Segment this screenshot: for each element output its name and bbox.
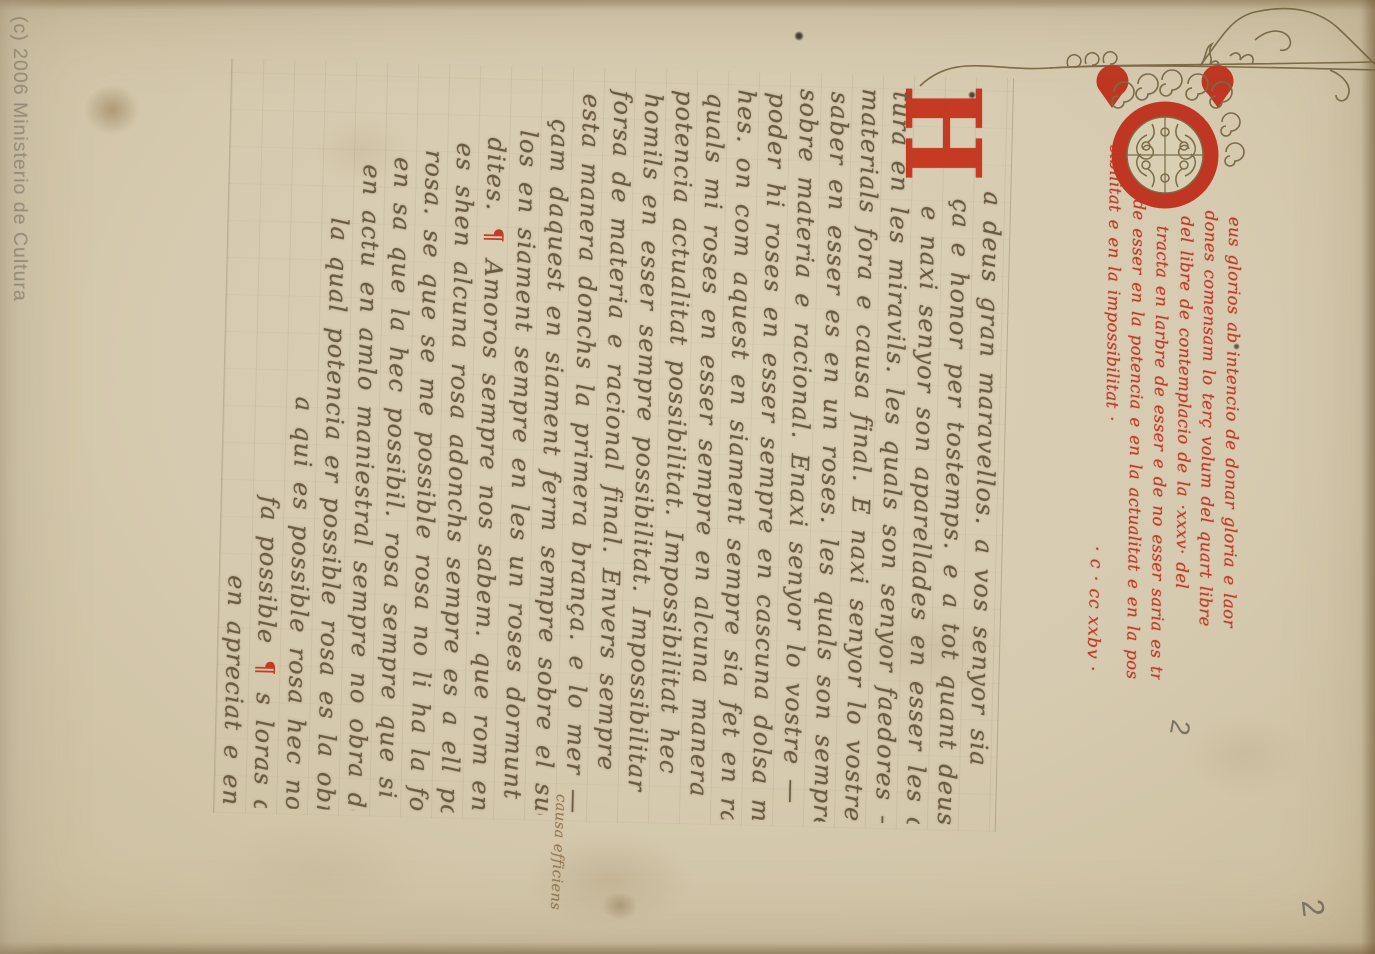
copyright-watermark: (c) 2006 Ministerio de Cultura xyxy=(8,16,31,356)
pilcrow-mark: ¶ xyxy=(480,225,509,246)
manuscript-text-block: a deus gran maravellos. a vos senyor sia… xyxy=(217,65,1010,826)
folio-number-corner: 2 xyxy=(1294,897,1332,919)
manuscript-page-scan: (c) 2006 Ministerio de Cultura xyxy=(0,0,1375,954)
pencil-number-margin: 2 xyxy=(1163,717,1196,737)
rubric-heading: eus glorios ab intencio de donar gloria … xyxy=(1092,89,1248,681)
marginal-note-causa-efficiens: causa efficiens xyxy=(545,794,569,945)
ink-dot xyxy=(794,31,804,41)
pilcrow-mark: ¶ xyxy=(251,658,280,679)
